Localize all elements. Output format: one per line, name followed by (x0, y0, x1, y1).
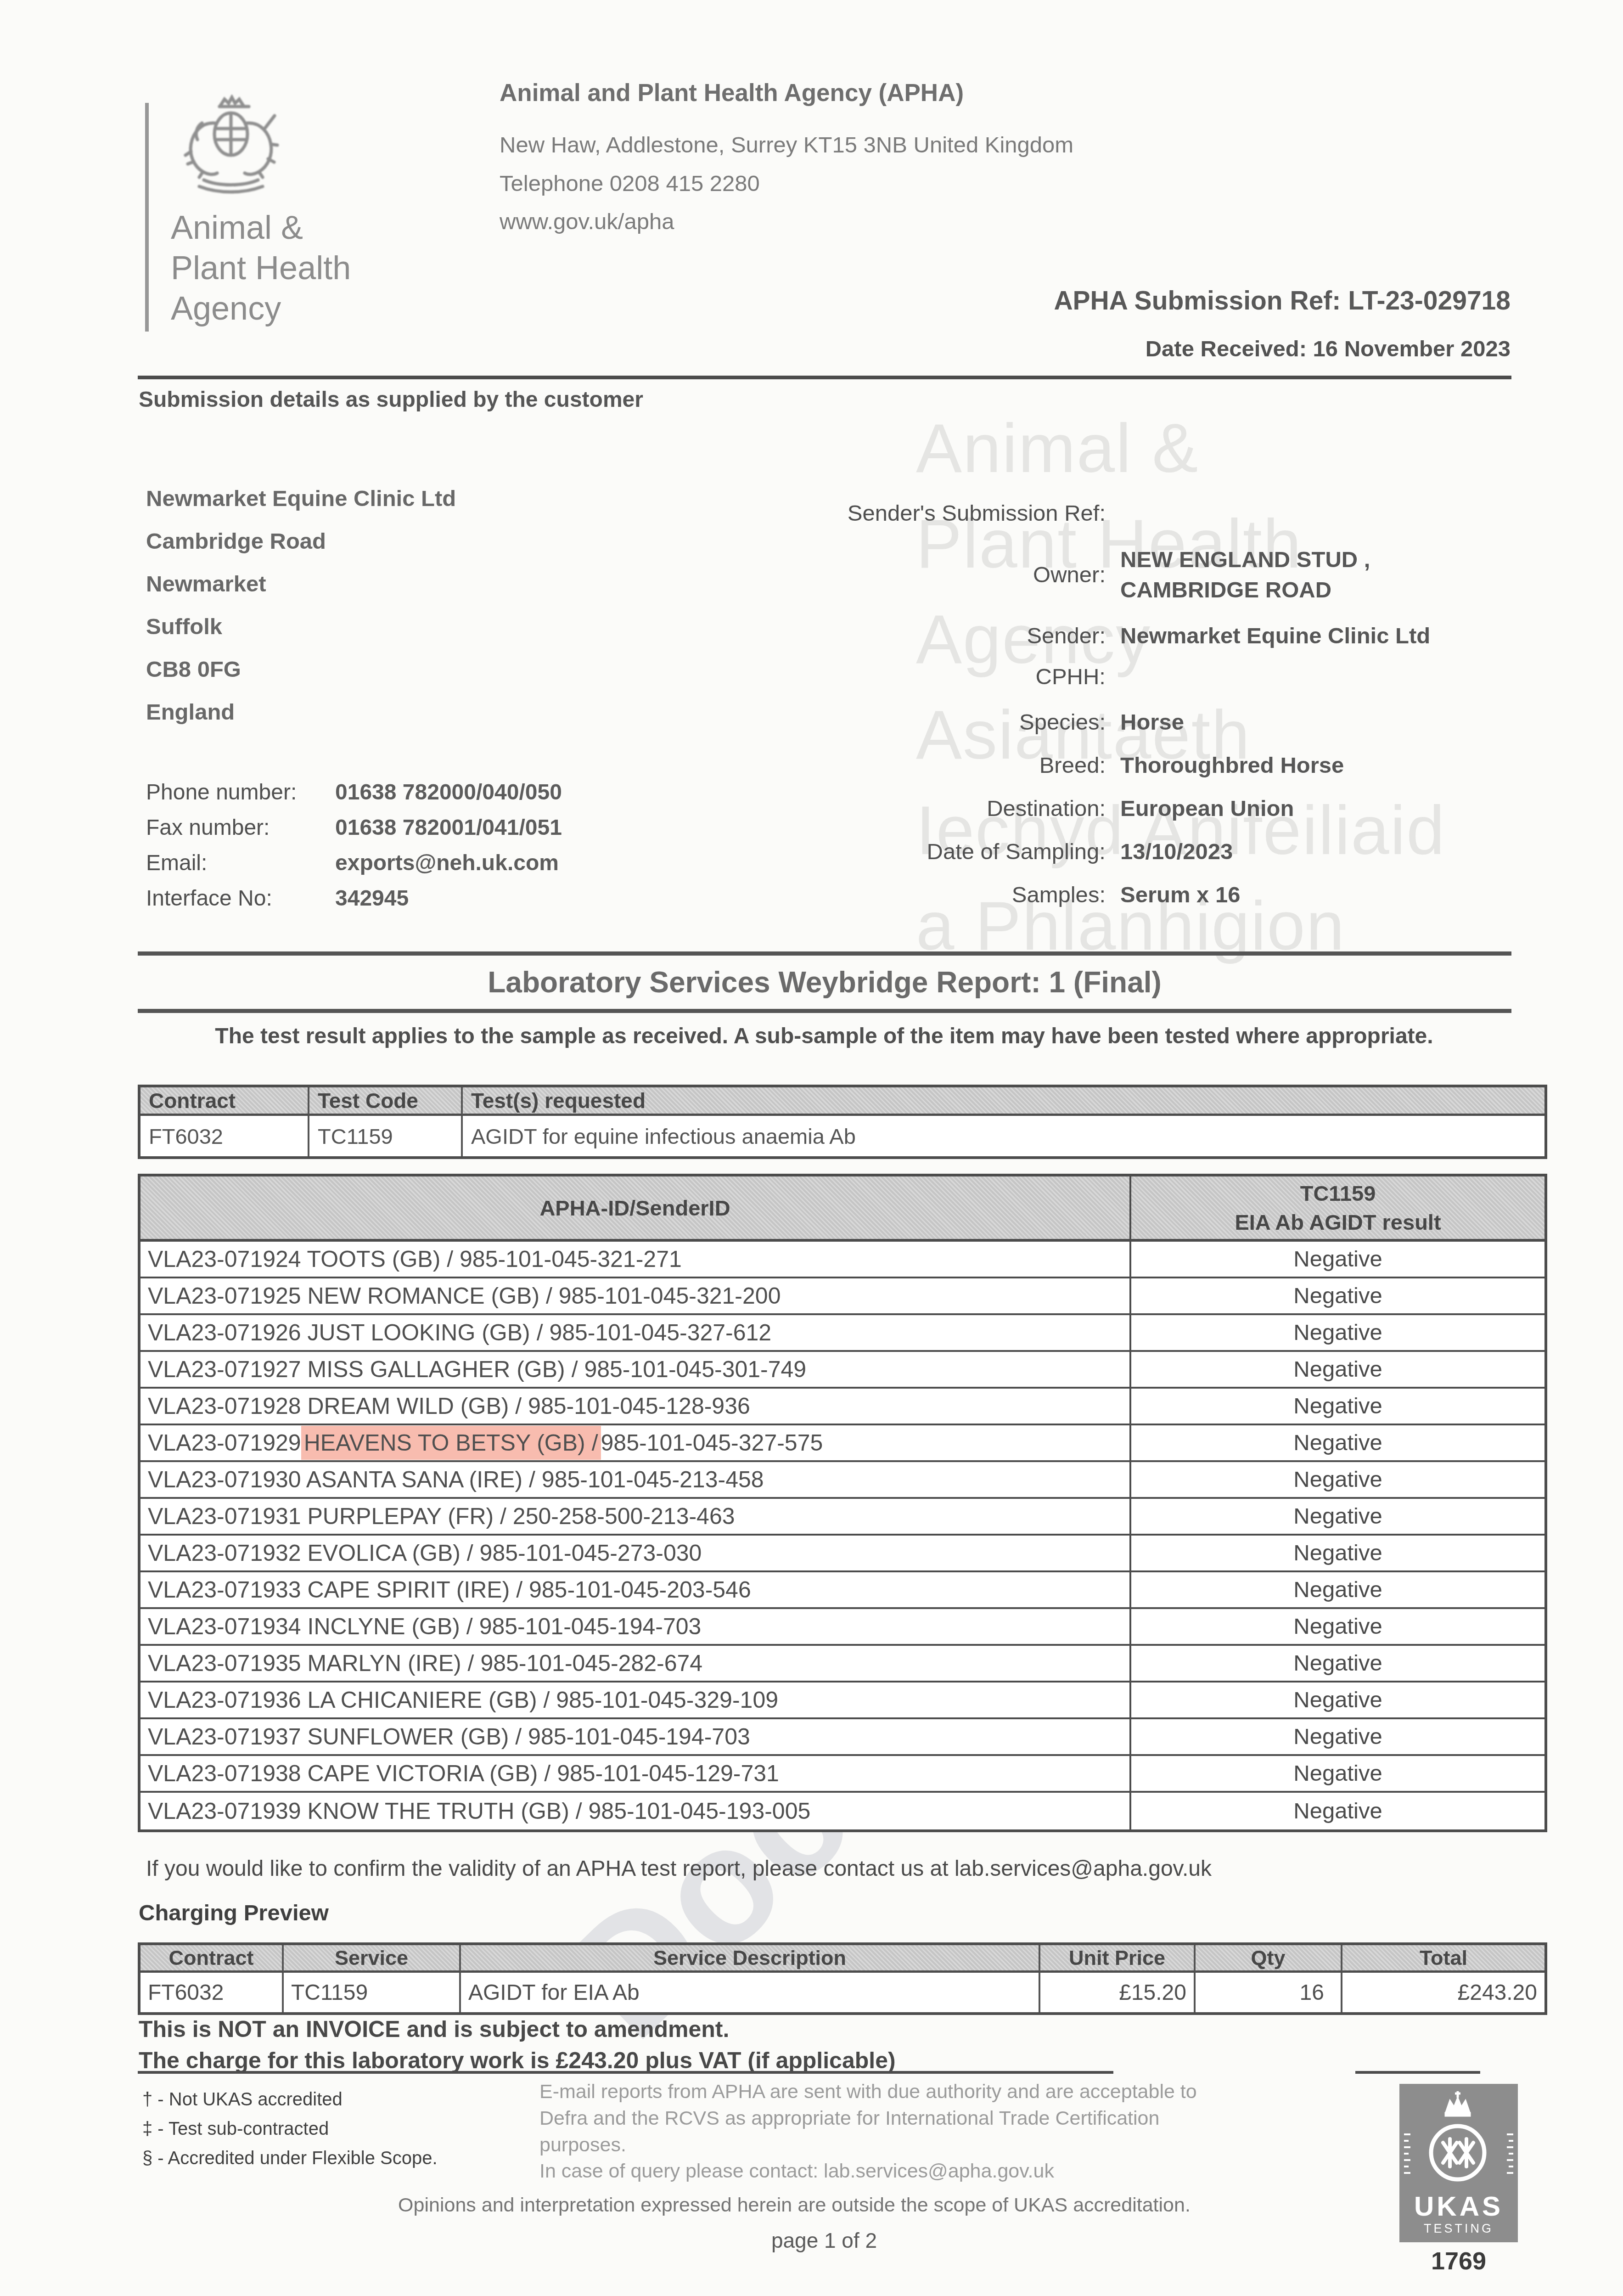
customer-address-line: Suffolk (146, 614, 222, 640)
sender-label: Sender: (707, 623, 1106, 649)
charge-service: TC1159 (284, 1973, 461, 2012)
phone-value: 01638 782000/040/050 (335, 780, 562, 805)
customer-name: Newmarket Equine Clinic Ltd (146, 486, 456, 512)
phone-row: Phone number:01638 782000/040/050 (146, 780, 562, 805)
column-header-qty: Qty (1196, 1945, 1342, 1973)
report-title: Laboratory Services Weybridge Report: 1 … (138, 951, 1511, 1013)
ukas-testing-text: TESTING (1399, 2222, 1518, 2236)
sample-id: VLA23-071933 CAPE SPIRIT (IRE) / 985-101… (140, 1572, 1131, 1609)
results-table: APHA-ID/SenderID TC1159 EIA Ab AGIDT res… (138, 1174, 1547, 1832)
test-code-value: TC1159 (309, 1116, 463, 1156)
sample-id: VLA23-071924 TOOTS (GB) / 985-101-045-32… (140, 1242, 1131, 1278)
date-received: Date Received: 16 November 2023 (138, 336, 1511, 362)
footer-divider (138, 2071, 1113, 2074)
destination-label: Destination: (707, 796, 1106, 822)
samples-label: Samples: (707, 882, 1106, 908)
sample-id: VLA23-071931 PURPLEPAY (FR) / 250-258-50… (140, 1499, 1131, 1536)
result-value: Negative (1131, 1352, 1544, 1389)
result-value: Negative (1131, 1536, 1544, 1572)
species-label: Species: (707, 709, 1106, 735)
column-header-unit-price: Unit Price (1040, 1945, 1196, 1973)
samples-value: Serum x 16 (1120, 880, 1241, 910)
interface-row: Interface No:342945 (146, 886, 409, 911)
ukas-crown-circle-icon (1399, 2084, 1518, 2189)
agency-address: New Haw, Addlestone, Surrey KT15 3NB Uni… (500, 132, 1073, 158)
column-header-service-description: Service Description (461, 1945, 1040, 1973)
result-value: Negative (1131, 1389, 1544, 1425)
result-header-test-name: EIA Ab AGIDT result (1235, 1210, 1441, 1235)
email-row: Email:exports@neh.uk.com (146, 850, 559, 876)
agency-website: www.gov.uk/apha (500, 209, 674, 235)
result-header-test-code: TC1159 (1300, 1181, 1376, 1206)
result-value: Negative (1131, 1793, 1544, 1829)
query-contact-note: In case of query please contact: lab.ser… (539, 2160, 1054, 2183)
sample-id: VLA23-071934 INCLYNE (GB) / 985-101-045-… (140, 1609, 1131, 1646)
column-header-result: TC1159 EIA Ab AGIDT result (1131, 1176, 1544, 1242)
sample-id-prefix: VLA23-071929 (148, 1429, 301, 1456)
highlighted-horse-name: HEAVENS TO BETSY (GB) / (301, 1426, 601, 1460)
footnote-flexible-scope: § - Accredited under Flexible Scope. (142, 2148, 438, 2169)
owner-value: NEW ENGLAND STUD , CAMBRIDGE ROAD (1120, 545, 1370, 605)
footnote-ukas: † - Not UKAS accredited (142, 2089, 343, 2110)
sample-id: VLA23-071939 KNOW THE TRUTH (GB) / 985-1… (140, 1793, 1131, 1829)
page-number: page 1 of 2 (138, 2228, 1511, 2253)
result-value: Negative (1131, 1756, 1544, 1793)
interface-value: 342945 (335, 886, 409, 911)
email-value: exports@neh.uk.com (335, 851, 559, 875)
charge-unit-price: £15.20 (1040, 1973, 1196, 2012)
sample-id: VLA23-071932 EVOLICA (GB) / 985-101-045-… (140, 1536, 1131, 1572)
column-header-contract: Contract (140, 1945, 284, 1973)
not-invoice-note: This is NOT an INVOICE and is subject to… (139, 2016, 729, 2043)
fax-row: Fax number:01638 782001/041/051 (146, 815, 562, 840)
sender-ref-label: Sender's Submission Ref: (707, 501, 1106, 526)
sample-id-suffix: 985-101-045-327-575 (601, 1429, 823, 1456)
royal-crest-icon (171, 95, 291, 205)
phone-label: Phone number: (146, 780, 335, 805)
fax-value: 01638 782001/041/051 (335, 816, 562, 840)
sampling-date-value: 13/10/2023 (1120, 837, 1233, 867)
result-value: Negative (1131, 1462, 1544, 1499)
sample-id: VLA23-071926 JUST LOOKING (GB) / 985-101… (140, 1315, 1131, 1352)
tests-requested-table: Contract Test Code Test(s) requested FT6… (138, 1085, 1547, 1159)
result-value: Negative (1131, 1719, 1544, 1756)
destination-value: European Union (1120, 793, 1294, 824)
footer-divider-right (1355, 2071, 1480, 2074)
result-value: Negative (1131, 1315, 1544, 1352)
owner-row: Owner: NEW ENGLAND STUD , CAMBRIDGE ROAD (707, 543, 1515, 607)
footnote-subcontracted: ‡ - Test sub-contracted (142, 2119, 329, 2139)
result-value: Negative (1131, 1242, 1544, 1278)
apha-report-page: Animal & Plant Health Agency Asiantaeth … (0, 0, 1623, 2296)
charge-amount-note: The charge for this laboratory work is £… (139, 2047, 896, 2074)
fax-label: Fax number: (146, 815, 335, 840)
charging-preview-heading: Charging Preview (139, 1900, 329, 1926)
sampling-date-label: Date of Sampling: (707, 839, 1106, 865)
opinions-note: Opinions and interpretation expressed he… (193, 2194, 1396, 2217)
sample-id: VLA23-071925 NEW ROMANCE (GB) / 985-101-… (140, 1278, 1131, 1315)
result-value: Negative (1131, 1609, 1544, 1646)
result-value: Negative (1131, 1572, 1544, 1609)
species-row: Species: Horse (707, 707, 1515, 737)
watermark-line: Animal & (916, 400, 1445, 496)
sender-value: Newmarket Equine Clinic Ltd (1120, 621, 1430, 651)
charge-contract: FT6032 (140, 1973, 284, 2012)
customer-address-line: Newmarket (146, 571, 266, 597)
interface-label: Interface No: (146, 886, 335, 911)
column-header-total: Total (1342, 1945, 1544, 1973)
apha-submission-ref: APHA Submission Ref: LT-23-029718 (138, 286, 1511, 316)
sample-id: VLA23-071937 SUNFLOWER (GB) / 985-101-04… (140, 1719, 1131, 1756)
result-value: Negative (1131, 1499, 1544, 1536)
column-header-test-code: Test Code (309, 1087, 463, 1116)
cphh-label: CPHH: (707, 664, 1106, 690)
sample-id: VLA23-071930 ASANTA SANA (IRE) / 985-101… (140, 1462, 1131, 1499)
submission-details-heading: Submission details as supplied by the cu… (139, 387, 643, 412)
sender-ref-row: Sender's Submission Ref: (707, 501, 1515, 526)
customer-address-line: Cambridge Road (146, 529, 326, 554)
sender-row: Sender: Newmarket Equine Clinic Ltd (707, 621, 1515, 651)
contract-value: FT6032 (140, 1116, 309, 1156)
header-divider (138, 376, 1511, 379)
ukas-name-text: UKAS (1399, 2190, 1518, 2222)
ukas-accreditation-number: 1769 (1399, 2247, 1518, 2275)
test-requested-value: AGIDT for equine infectious anaemia Ab (463, 1116, 1544, 1156)
column-header-apha-id: APHA-ID/SenderID (140, 1176, 1131, 1242)
sample-id: VLA23-071928 DREAM WILD (GB) / 985-101-0… (140, 1389, 1131, 1425)
email-label: Email: (146, 850, 335, 876)
charging-table: Contract Service Service Description Uni… (138, 1942, 1547, 2015)
agency-name: Animal and Plant Health Agency (APHA) (500, 79, 964, 107)
sample-id-highlighted: VLA23-071929 HEAVENS TO BETSY (GB) / 985… (140, 1425, 1131, 1462)
sample-id: VLA23-071938 CAPE VICTORIA (GB) / 985-10… (140, 1756, 1131, 1793)
logo-line: Plant Health (171, 248, 351, 288)
agency-telephone: Telephone 0208 415 2280 (500, 171, 760, 197)
destination-row: Destination: European Union (707, 793, 1515, 824)
samples-row: Samples: Serum x 16 (707, 880, 1515, 910)
species-value: Horse (1120, 707, 1184, 737)
column-header-contract: Contract (140, 1087, 309, 1116)
column-header-service: Service (284, 1945, 461, 1973)
result-value: Negative (1131, 1683, 1544, 1719)
customer-country: England (146, 699, 235, 725)
charge-qty: 16 (1196, 1973, 1342, 2012)
breed-label: Breed: (707, 753, 1106, 778)
sample-id: VLA23-071936 LA CHICANIERE (GB) / 985-10… (140, 1683, 1131, 1719)
owner-label: Owner: (707, 562, 1106, 588)
result-value: Negative (1131, 1278, 1544, 1315)
charge-total: £243.20 (1342, 1973, 1544, 2012)
breed-row: Breed: Thoroughbred Horse (707, 750, 1515, 781)
column-header-tests-requested: Test(s) requested (463, 1087, 1544, 1116)
validity-note: If you would like to confirm the validit… (146, 1856, 1212, 1881)
email-reports-note: E-mail reports from APHA are sent with d… (539, 2078, 1210, 2158)
result-value: Negative (1131, 1425, 1544, 1462)
logo-line: Animal & (171, 208, 351, 248)
cphh-row: CPHH: (707, 664, 1515, 690)
result-value: Negative (1131, 1646, 1544, 1683)
report-subtitle: The test result applies to the sample as… (147, 1020, 1501, 1052)
charge-description: AGIDT for EIA Ab (461, 1973, 1040, 2012)
customer-postcode: CB8 0FG (146, 657, 241, 682)
breed-value: Thoroughbred Horse (1120, 750, 1344, 781)
sample-id: VLA23-071927 MISS GALLAGHER (GB) / 985-1… (140, 1352, 1131, 1389)
sample-id: VLA23-071935 MARLYN (IRE) / 985-101-045-… (140, 1646, 1131, 1683)
sampling-date-row: Date of Sampling: 13/10/2023 (707, 837, 1515, 867)
